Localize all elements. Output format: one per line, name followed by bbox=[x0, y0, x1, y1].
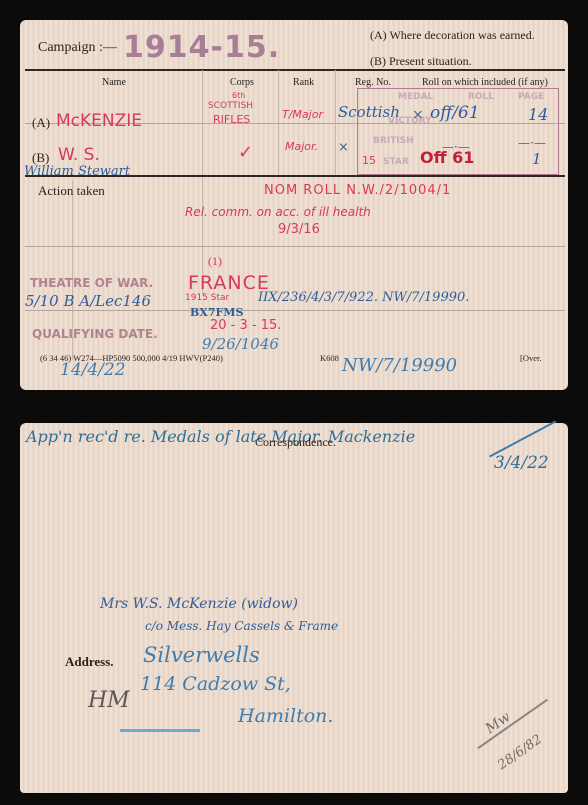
british-page: —·— bbox=[518, 136, 546, 150]
star-prefix: 15 bbox=[362, 154, 376, 167]
theatre-note: 1915 Star bbox=[185, 293, 229, 303]
address-line3: Hamilton. bbox=[238, 705, 333, 727]
roll-col-roll: ROLL bbox=[468, 92, 494, 102]
full-name: William Stewart bbox=[24, 164, 130, 179]
medal-card-back: App'n rec'd re. Medals of late Major. Ma… bbox=[20, 423, 568, 793]
header-name: Name bbox=[102, 77, 126, 88]
campaign-stamp: 1914-15. bbox=[123, 30, 280, 65]
address-line2: 114 Cadzow St, bbox=[140, 673, 291, 695]
header-rank: Rank bbox=[293, 77, 314, 88]
action-line1: NOM ROLL N.W./2/1004/1 bbox=[264, 183, 451, 198]
reg-no-a: Scottish bbox=[338, 103, 400, 121]
address-underline bbox=[120, 729, 200, 732]
action-line2: Rel. comm. on acc. of ill health bbox=[185, 205, 371, 219]
victory-roll: off/61 bbox=[430, 103, 480, 123]
legend-b: (B) Present situation. bbox=[370, 54, 472, 69]
roll-col-medal: MEDAL bbox=[398, 92, 433, 102]
header-roll: Roll on which included (if any) bbox=[422, 77, 548, 88]
campaign-label: Campaign :— bbox=[38, 40, 117, 56]
corps-line2: SCOTTISH bbox=[208, 101, 253, 111]
victory-mark: × bbox=[412, 107, 424, 123]
theatre-mark: (1) bbox=[208, 254, 222, 269]
surname: McKENZIE bbox=[56, 111, 142, 131]
initials-mark: HM bbox=[88, 688, 130, 713]
footer-code: K608 bbox=[320, 353, 339, 363]
row-a-prefix: (A) bbox=[32, 115, 50, 131]
pencil-date: 28/6/82 bbox=[495, 732, 545, 773]
qualifying-ref: 9/26/1046 bbox=[202, 335, 279, 353]
roll-row-star: STAR bbox=[383, 157, 409, 167]
theatre-divider bbox=[25, 310, 565, 311]
qualifying-date: 20 - 3 - 15. bbox=[210, 318, 281, 333]
legend-a: (A) Where decoration was earned. bbox=[370, 28, 535, 43]
footer-date: 14/4/22 bbox=[60, 360, 126, 380]
correspondence-heading: Correspondence. bbox=[255, 435, 336, 450]
action-line3: 9/3/16 bbox=[278, 222, 320, 237]
addressee-line2: c/o Mess. Hay Cassels & Frame bbox=[145, 619, 338, 633]
star-page: 1 bbox=[532, 150, 542, 168]
header-corps: Corps bbox=[230, 77, 254, 88]
column-divider bbox=[202, 70, 203, 295]
addressee-line1: Mrs W.S. McKenzie (widow) bbox=[100, 596, 298, 612]
theatre-roll: IIX/236/4/3/7/922. NW/7/19990. bbox=[258, 290, 469, 305]
initials: W. S. bbox=[58, 145, 100, 165]
rank-b: Major. bbox=[285, 140, 318, 153]
action-divider bbox=[25, 246, 565, 247]
corps-line1: 6th bbox=[232, 91, 245, 100]
header-reg-no: Reg. No. bbox=[355, 77, 391, 88]
corps-check: ✓ bbox=[238, 142, 253, 163]
medal-card-front: Campaign :— 1914-15. (A) Where decoratio… bbox=[20, 20, 568, 390]
roll-col-page: PAGE bbox=[518, 92, 544, 102]
roll-row-british: BRITISH bbox=[373, 136, 414, 146]
footer-nw: NW/7/19990 bbox=[342, 355, 457, 376]
corps-line3: RIFLES bbox=[213, 113, 250, 126]
action-label: Action taken bbox=[38, 183, 105, 199]
header-divider bbox=[25, 69, 565, 71]
correspondence-date: 3/4/22 bbox=[494, 453, 549, 473]
address-label: Address. bbox=[65, 654, 114, 670]
theatre-label: THEATRE OF WAR. bbox=[30, 276, 153, 290]
footer-over: [Over. bbox=[520, 353, 541, 363]
star-roll: Off 61 bbox=[420, 148, 474, 167]
rank-a: T/Major bbox=[282, 108, 323, 121]
qualifying-label: QUALIFYING DATE. bbox=[32, 327, 158, 341]
correspondence-note: App'n rec'd re. Medals of late Major. Ma… bbox=[26, 427, 415, 446]
theatre-ref: 5/10 B A/Lec146 bbox=[25, 292, 151, 310]
note-underline bbox=[489, 420, 556, 457]
victory-page: 14 bbox=[528, 105, 548, 124]
address-line1: Silverwells bbox=[143, 643, 260, 667]
reg-no-b: × bbox=[338, 140, 349, 155]
